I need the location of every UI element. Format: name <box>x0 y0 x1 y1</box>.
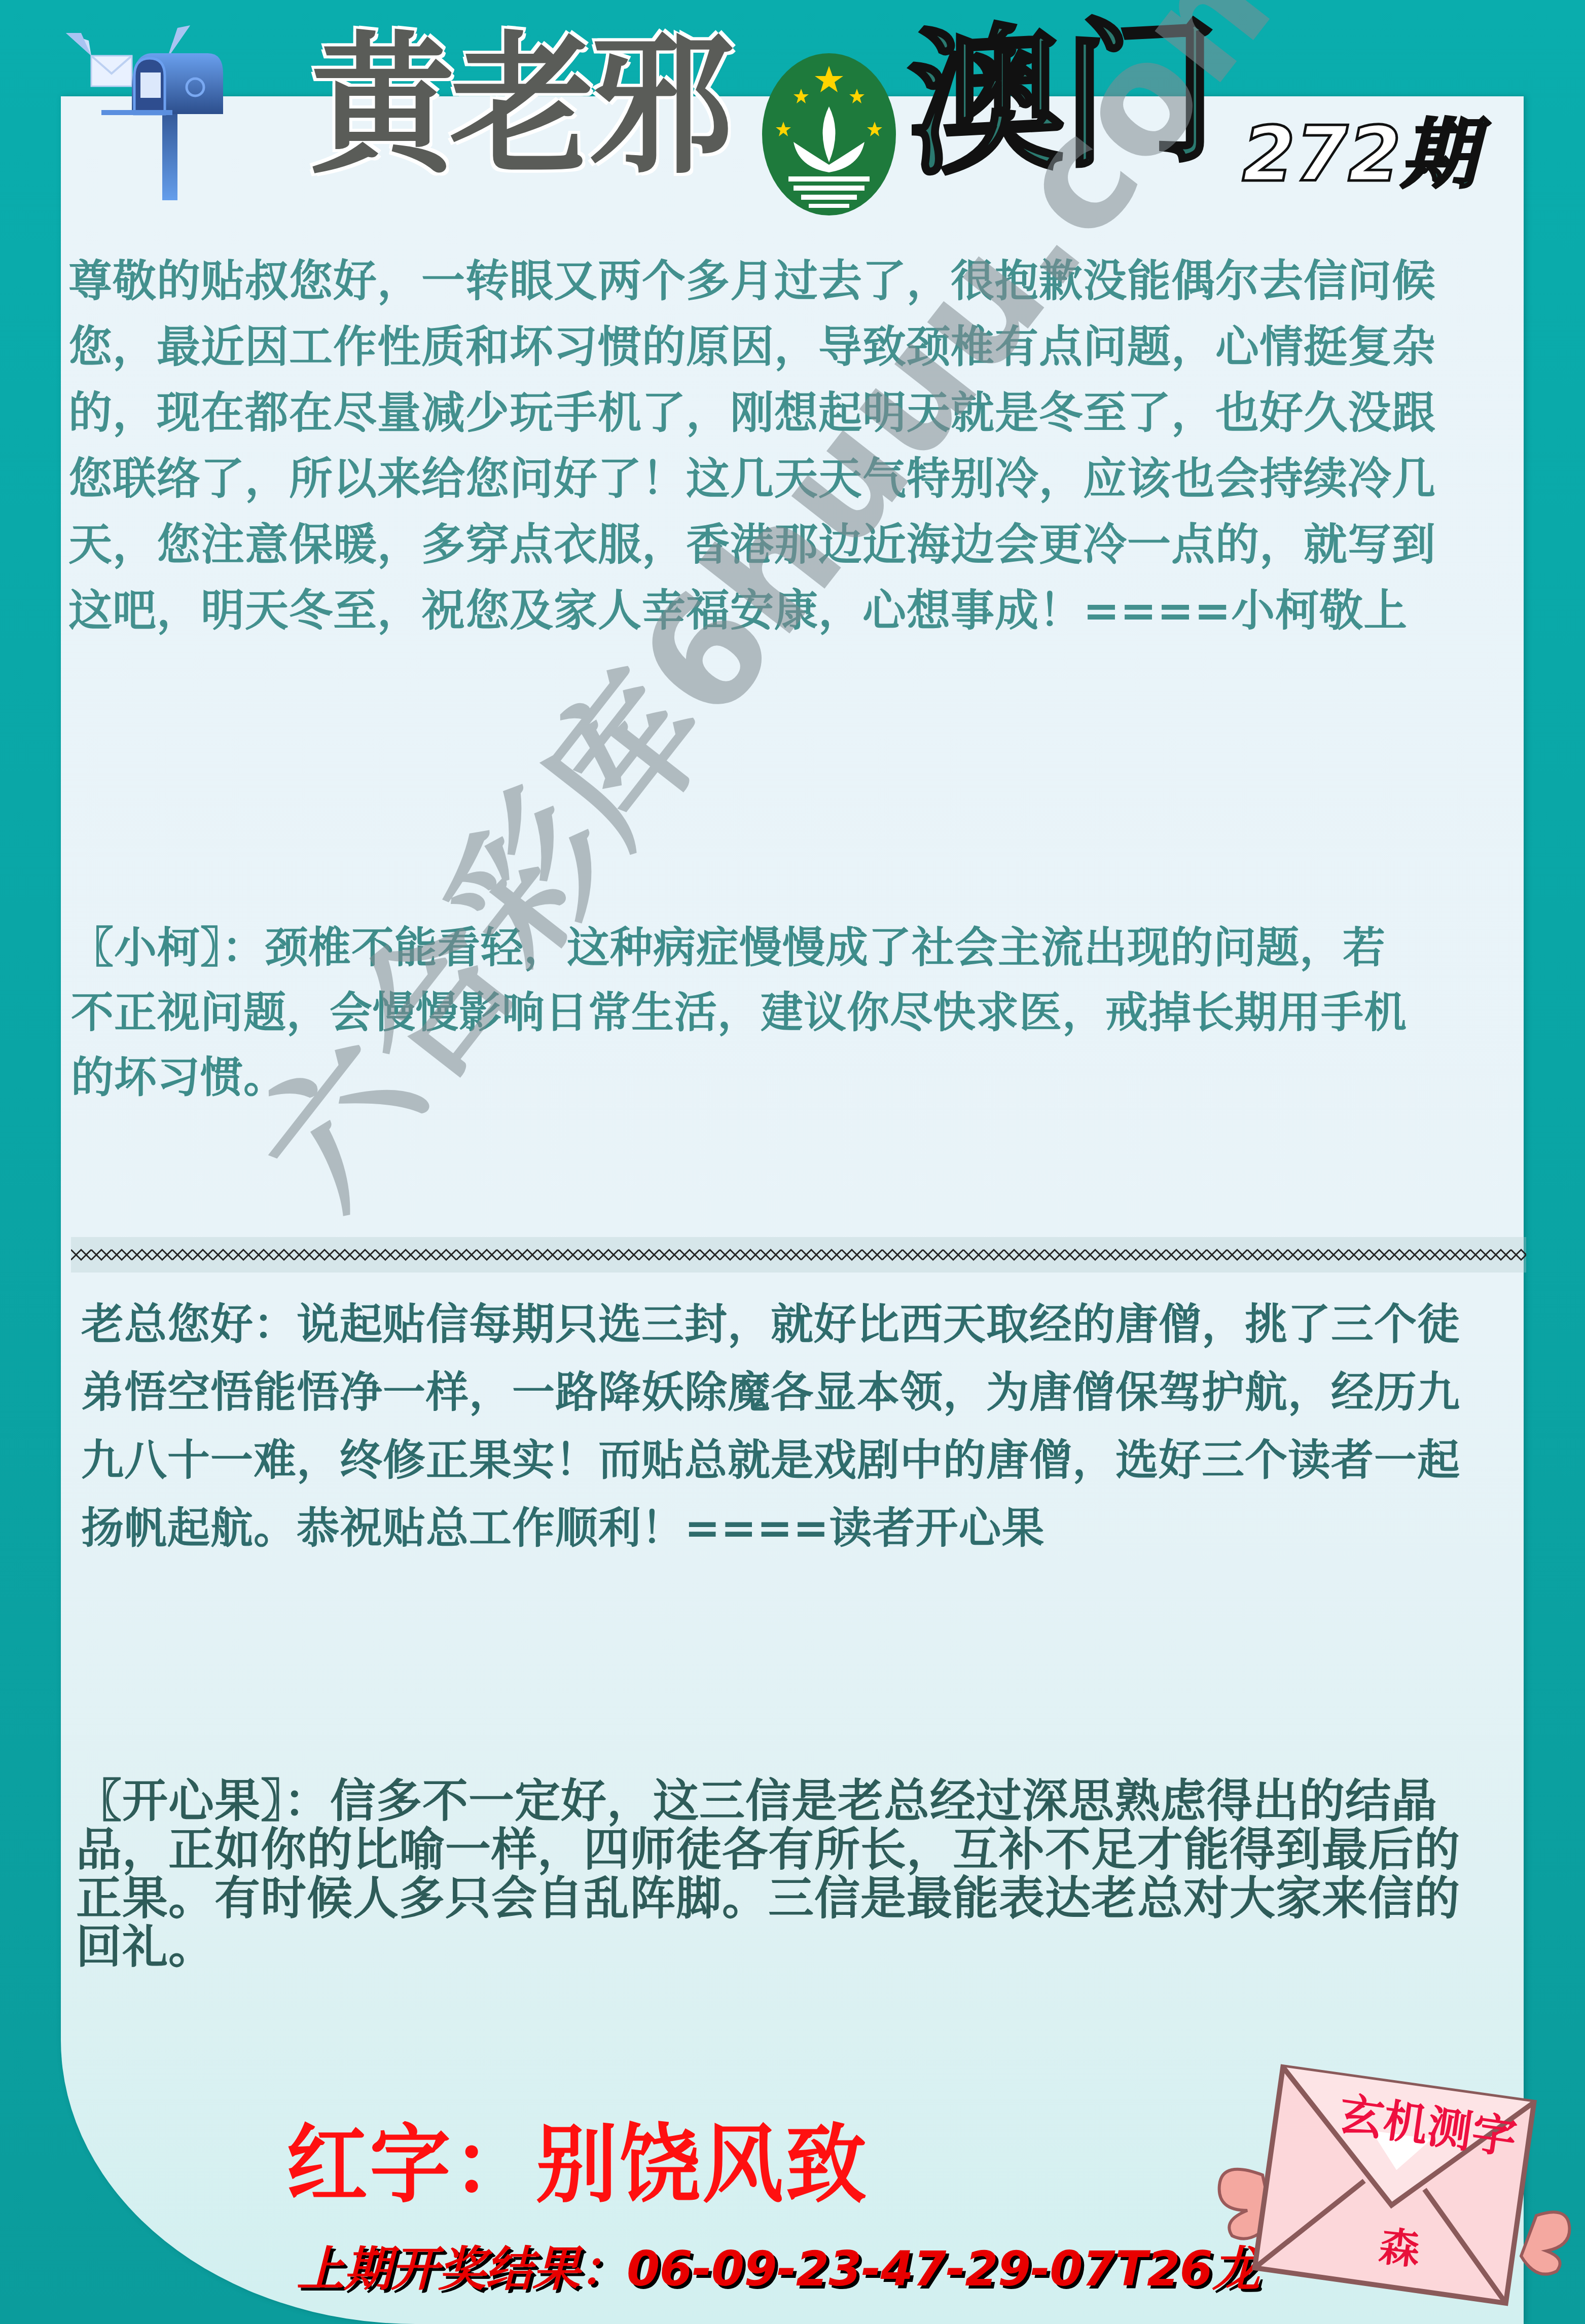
reply-1-line: 〖小柯〗：颈椎不能看轻，这种病症慢慢成了社会主流出现的问题，若 <box>71 915 1521 980</box>
last-result-value: 06-09-23-47-29-07T26龙 <box>627 2242 1259 2297</box>
reply-2-line: 回礼。 <box>76 1923 1521 1972</box>
issue-suffix: 期 <box>1401 111 1477 199</box>
red-word: 红字：别饶风致 <box>286 2122 869 2207</box>
red-word-label: 红字： <box>286 2115 536 2214</box>
reply-2: 〖开心果〗：信多不一定好，这三信是老总经过深思熟虑得出的结晶 品，正如你的比喻一… <box>76 1777 1521 1972</box>
letter-2-line: 扬帆起航。恭祝贴总工作顺利！====读者开心果 <box>81 1494 1516 1562</box>
title-name: 黄老邪 <box>310 30 730 183</box>
header: 黄老邪 澳门 272期 <box>0 0 1585 218</box>
letter-2-line: 九八十一难，终修正果实！而贴总就是戏剧中的唐僧，选好三个读者一起 <box>81 1426 1516 1494</box>
zigzag-divider <box>71 1237 1526 1273</box>
reply-2-line: 正果。有时候人多只会自乱阵脚。三信是最能表达老总对大家来信的 <box>76 1874 1521 1923</box>
last-result-label: 上期开奖结果： <box>297 2242 627 2297</box>
mailbox-icon <box>51 13 243 200</box>
letter-1-line: 尊敬的贴叔您好，一转眼又两个多月过去了，很抱歉没能偶尔去信问候 <box>68 248 1519 314</box>
reply-2-line: 品，正如你的比喻一样，四师徒各有所长，互补不足才能得到最后的 <box>76 1826 1521 1874</box>
letter-2-line: 老总您好：说起贴信每期只选三封，就好比西天取经的唐僧，挑了三个徒 <box>81 1290 1516 1358</box>
issue-number-value: 272 <box>1242 111 1401 199</box>
envelope-character: 森 <box>1377 2226 1422 2271</box>
letter-2-line: 弟悟空悟能悟净一样，一路降妖除魔各显本领，为唐僧保驾护航，经历九 <box>81 1358 1516 1426</box>
red-word-value: 别饶风致 <box>536 2115 869 2214</box>
zigzag-pattern-icon <box>71 1247 1526 1262</box>
macau-emblem-icon <box>758 51 900 218</box>
reply-2-line: 〖开心果〗：信多不一定好，这三信是老总经过深思熟虑得出的结晶 <box>76 1777 1521 1826</box>
last-result: 上期开奖结果：06-09-23-47-29-07T26龙 <box>297 2246 1259 2294</box>
letter-2: 老总您好：说起贴信每期只选三封，就好比西天取经的唐僧，挑了三个徒 弟悟空悟能悟净… <box>81 1290 1516 1562</box>
issue-number: 272期 <box>1242 117 1477 193</box>
